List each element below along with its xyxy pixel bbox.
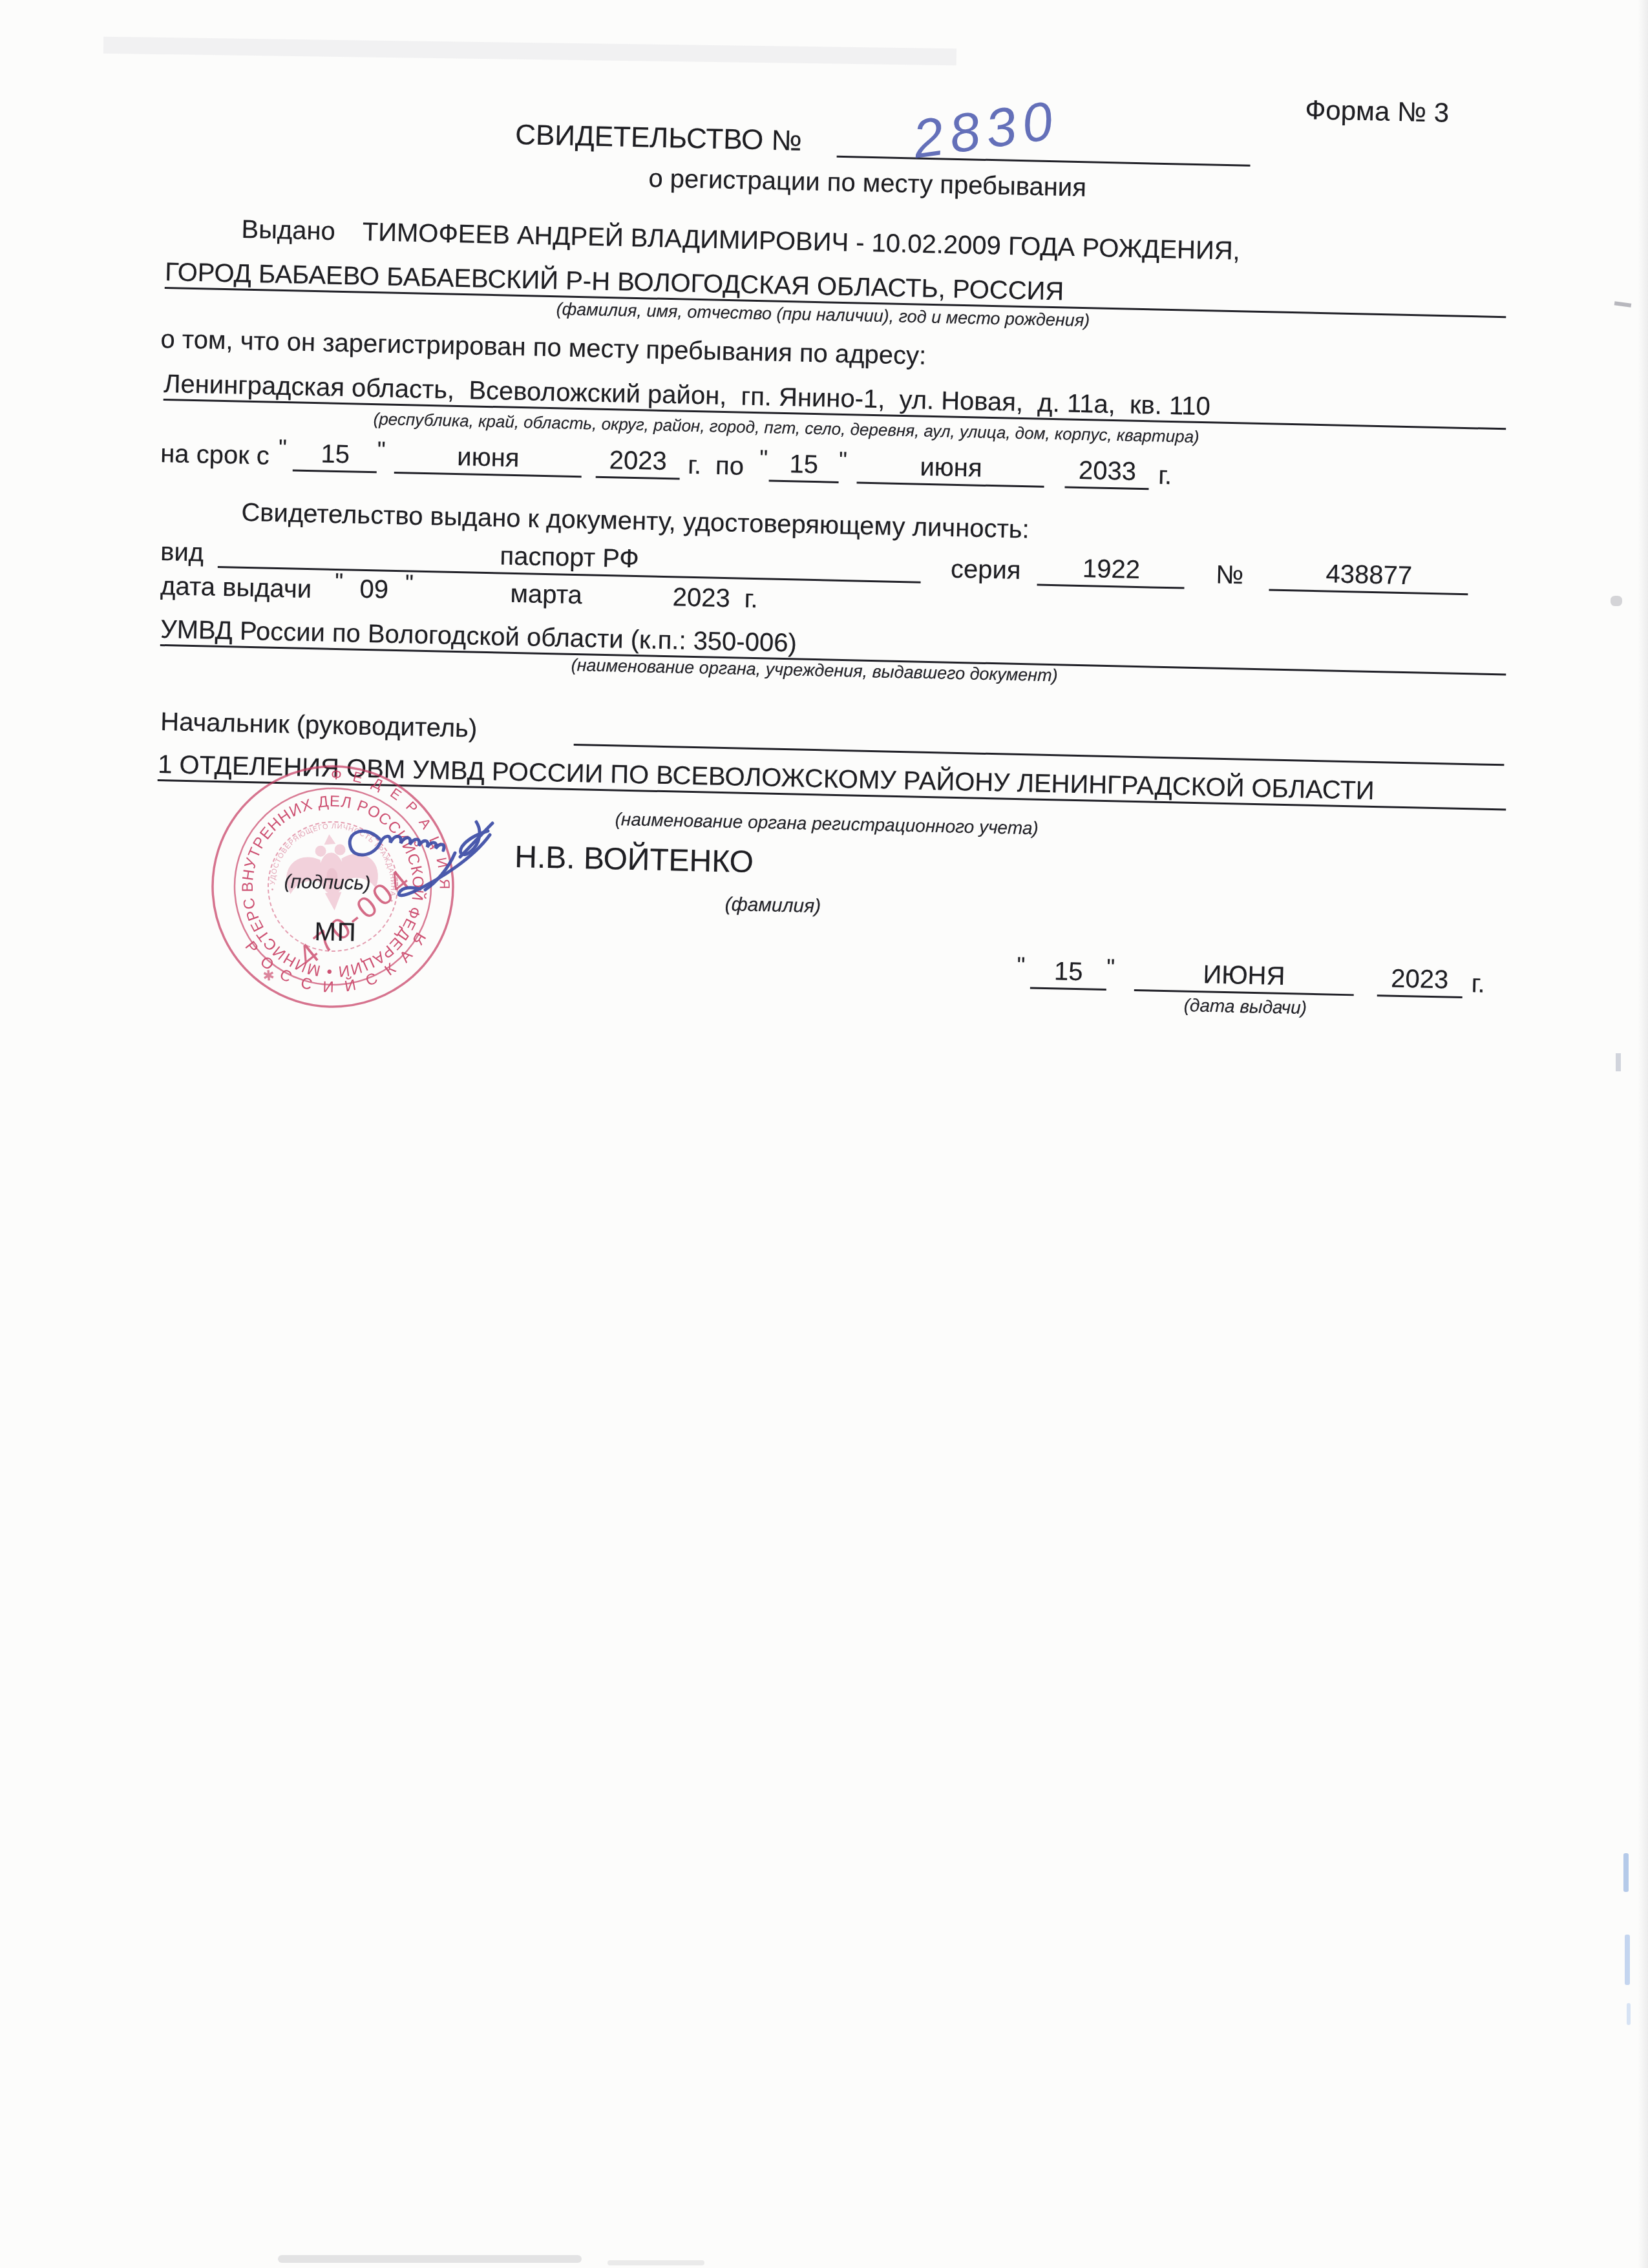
scan-artifact-blue-dash-1 — [1623, 1853, 1629, 1892]
period-g2: г. — [1158, 461, 1172, 490]
doc-number-blank: 438877 — [1269, 556, 1469, 595]
chief-label: Начальник (руководитель) — [160, 708, 478, 743]
mp-label: МП — [314, 918, 357, 947]
issue-date-label: дата выдачи — [160, 572, 312, 604]
period-month-from-blank: июня — [394, 439, 582, 478]
issue-g: г. — [744, 585, 758, 614]
handwritten-signature — [331, 813, 525, 919]
quote-mark: " — [839, 447, 848, 474]
bottom-day-blank: 15 — [1030, 954, 1107, 991]
scan-artifact-blue-dash-2 — [1625, 1935, 1630, 1985]
seriya-value: 1922 — [1083, 554, 1141, 585]
bottom-year-blank: 2023 — [1377, 961, 1463, 998]
bottom-year-value: 2023 — [1391, 965, 1449, 995]
signer-name-row: Н.В. ВОЙТЕНКО — [514, 840, 754, 880]
doc-number-value: 438877 — [1326, 560, 1412, 591]
mp-label-row: МП — [314, 918, 357, 947]
address-value: Ленинградская область, Всеволожский райо… — [164, 370, 1210, 421]
issue-day-value: 09 — [359, 575, 388, 605]
scanned-certificate-page: Форма № 3 СВИДЕТЕЛЬСТВО № 2830 о регистр… — [0, 0, 1648, 2268]
period-day-from-blank: 15 — [293, 436, 377, 473]
form-number-text: Форма № 3 — [1305, 94, 1450, 128]
bottom-date-row: " 15 " ИЮНЯ 2023 г. — [1017, 954, 1485, 999]
scan-artifact-tick — [1616, 1053, 1621, 1071]
certificate-subtitle-text: о регистрации по месту пребывания — [648, 164, 1086, 203]
signature-hint: (подпись) — [284, 871, 370, 895]
scan-artifact-blue-dash-3 — [1627, 2003, 1631, 2025]
quote-mark: " — [405, 570, 414, 596]
period-day-to-blank: 15 — [768, 447, 839, 483]
scan-artifact-top-band — [103, 37, 956, 65]
quote-mark: " — [759, 445, 768, 472]
quote-mark: " — [377, 437, 386, 463]
seriya-label: серия — [950, 555, 1020, 585]
period-label-to: по — [715, 452, 745, 481]
issued-name-line2: ГОРОД БАБАЕВО БАБАЕВСКИЙ Р-Н ВОЛОГОДСКАЯ… — [165, 258, 1064, 306]
vid-value: паспорт РФ — [500, 542, 639, 574]
quote-mark: " — [279, 435, 288, 461]
number-sign-label: № — [1216, 561, 1244, 591]
certificate-number-value: 2830 — [909, 92, 1063, 163]
scan-artifact-speck — [1611, 596, 1622, 606]
bottom-date-hint-text: (дата выдачи) — [1183, 995, 1307, 1018]
period-label-from: на срок с — [160, 439, 269, 470]
name-hint-text: (фамилия) — [724, 894, 821, 918]
period-month-from: июня — [457, 443, 520, 473]
period-year-to-blank: 2033 — [1065, 454, 1150, 490]
issued-label: Выдано — [241, 215, 335, 246]
issue-day-slot: 09 — [343, 570, 405, 606]
signer-name: Н.В. ВОЙТЕНКО — [514, 840, 754, 880]
certificate-title-row: СВИДЕТЕЛЬСТВО № — [515, 113, 1251, 167]
period-month-to-blank: июня — [857, 449, 1045, 488]
quote-mark: " — [335, 569, 344, 595]
bottom-month-value: ИЮНЯ — [1203, 960, 1285, 991]
scan-artifact-dash — [1614, 301, 1632, 308]
period-g1: г. — [688, 451, 702, 480]
period-month-to: июня — [920, 453, 982, 483]
bottom-date-hint: (дата выдачи) — [1183, 995, 1307, 1018]
period-year-to: 2033 — [1079, 456, 1137, 487]
period-year-from-blank: 2023 — [596, 443, 681, 480]
period-day-to: 15 — [789, 450, 818, 479]
quote-mark: " — [1106, 954, 1115, 981]
issue-month-value: марта — [510, 580, 582, 610]
scan-artifact-right-edge-shade — [1638, 0, 1648, 2268]
bottom-month-blank: ИЮНЯ — [1134, 956, 1354, 996]
signature-hint-text: (подпись) — [284, 871, 370, 895]
bottom-day-value: 15 — [1053, 957, 1083, 987]
scan-artifact-bottom-smudge-2 — [607, 2260, 704, 2265]
certificate-subtitle: о регистрации по месту пребывания — [648, 164, 1086, 203]
period-year-from: 2023 — [609, 446, 667, 476]
stamp-star: ✱ — [262, 967, 275, 984]
issue-year-value: 2023 — [672, 583, 730, 613]
scan-artifact-bottom-smudge-1 — [278, 2255, 582, 2263]
certificate-number-handwriting: 2830 — [903, 92, 1117, 163]
period-day-from: 15 — [321, 440, 350, 470]
bottom-g: г. — [1471, 970, 1485, 999]
name-hint: (фамилия) — [724, 894, 821, 918]
certificate-title: СВИДЕТЕЛЬСТВО № — [515, 119, 803, 157]
form-number-label: Форма № 3 — [1305, 94, 1450, 128]
org-hint: (наименование органа регистрационного уч… — [615, 809, 1039, 839]
quote-mark: " — [1017, 952, 1026, 979]
org-hint-text: (наименование органа регистрационного уч… — [615, 809, 1039, 839]
seriya-value-blank: 1922 — [1037, 551, 1185, 589]
authority-value: УМВД России по Вологодской области (к.п.… — [160, 615, 797, 658]
vid-label: вид — [160, 538, 204, 567]
